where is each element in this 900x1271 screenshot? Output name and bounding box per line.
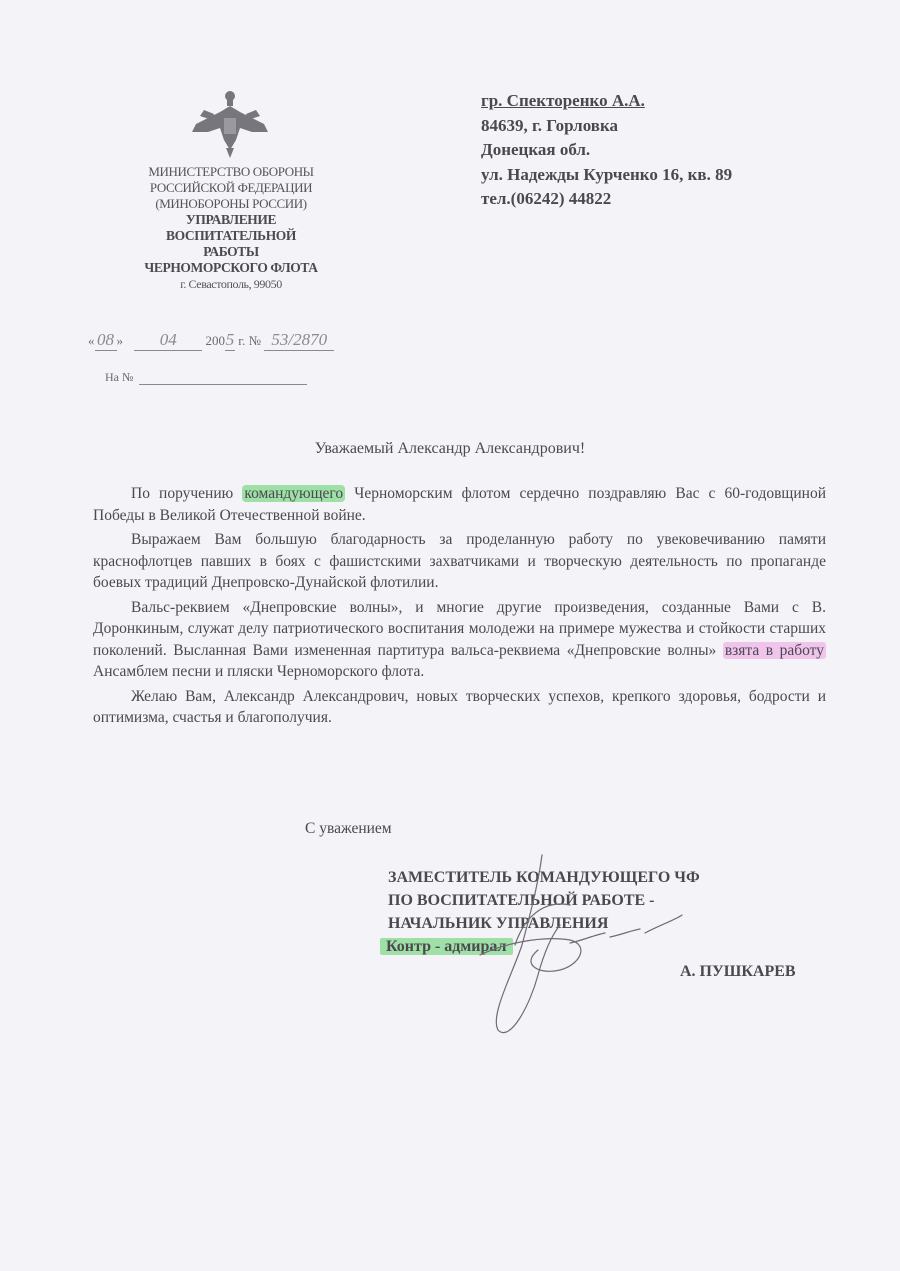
salutation: Уважаемый Александр Александрович!: [0, 440, 900, 458]
addressee-street: ул. Надежды Курченко 16, кв. 89: [481, 163, 732, 188]
letterhead-city: г. Севастополь, 99050: [100, 276, 362, 292]
addressee-block: гр. Спекторенко А.А. 84639, г. Горловка …: [481, 89, 732, 212]
ref-number: 53/2870: [264, 330, 334, 351]
ref-number-label: №: [249, 333, 261, 348]
letterhead-line: (МИНОБОРОНЫ РОССИИ): [100, 196, 362, 212]
letterhead: МИНИСТЕРСТВО ОБОРОНЫ РОССИЙСКОЙ ФЕДЕРАЦИ…: [100, 164, 362, 292]
ref-year-suffix: г.: [238, 333, 245, 348]
department-line: ВОСПИТАТЕЛЬНОЙ: [100, 228, 362, 244]
reply-blank-line: [139, 372, 307, 385]
addressee-region: Донецкая обл.: [481, 138, 732, 163]
department-line: РАБОТЫ: [100, 244, 362, 260]
text: По поручению: [131, 485, 242, 502]
signatory-name: А. ПУШКАРЕВ: [680, 963, 796, 981]
paragraph-3: Вальс-реквием «Днепровские волны», и мно…: [93, 597, 826, 683]
ref-year-digit: 5: [225, 330, 235, 351]
text: Вальс-реквием «Днепровские волны», и мно…: [93, 599, 826, 659]
letter-page: МИНИСТЕРСТВО ОБОРОНЫ РОССИЙСКОЙ ФЕДЕРАЦИ…: [0, 0, 900, 1271]
reference-line: «08» 04 2005 г. № 53/2870: [88, 330, 334, 351]
ref-year-prefix: 200: [206, 333, 226, 348]
addressee-name: гр. Спекторенко А.А.: [481, 89, 732, 114]
double-headed-eagle-emblem-icon: [190, 88, 270, 160]
ref-month: 04: [134, 330, 202, 351]
reply-reference: На №: [105, 370, 307, 385]
handwritten-signature-icon: [420, 845, 690, 1045]
paragraph-2: Выражаем Вам большую благодарность за пр…: [93, 529, 826, 594]
letterhead-line: РОССИЙСКОЙ ФЕДЕРАЦИИ: [100, 180, 362, 196]
highlight-pink: взята в работу: [723, 642, 826, 659]
text: Ансамблем песни и пляски Черноморского ф…: [93, 663, 424, 680]
reply-label: На №: [105, 370, 133, 384]
addressee-phone: тел.(06242) 44822: [481, 187, 732, 212]
letterhead-line: МИНИСТЕРСТВО ОБОРОНЫ: [100, 164, 362, 180]
highlight-green: командующего: [242, 485, 345, 502]
ref-day: 08: [95, 330, 117, 351]
paragraph-4: Желаю Вам, Александр Александрович, новы…: [93, 686, 826, 729]
closing: С уважением: [305, 820, 392, 838]
letter-body: По поручению командующего Черноморским ф…: [93, 483, 826, 732]
addressee-city: 84639, г. Горловка: [481, 114, 732, 139]
department-line: ЧЕРНОМОРСКОГО ФЛОТА: [100, 260, 362, 276]
department-line: УПРАВЛЕНИЕ: [100, 212, 362, 228]
paragraph-1: По поручению командующего Черноморским ф…: [93, 483, 826, 526]
